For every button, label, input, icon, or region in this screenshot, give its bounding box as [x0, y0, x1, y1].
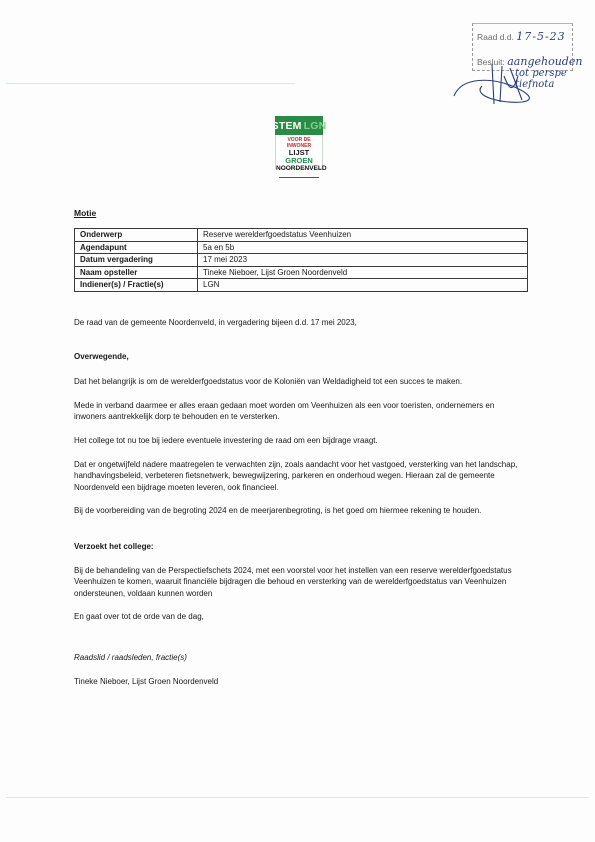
logo-name-noordenveld: NOORDENVELD [276, 165, 322, 172]
scan-artifact-line [6, 83, 295, 84]
consideration-item: Dat er ongetwijfeld nadere maatregelen t… [74, 459, 540, 493]
logo-stem-text: STEM [272, 120, 302, 132]
logo-lower: VOOR DE INWONER LIJST GROEN NOORDENVELD [275, 135, 323, 169]
meta-label: Datum vergadering [75, 254, 198, 267]
intro-text: De raad van de gemeente Noordenveld, in … [74, 317, 544, 328]
consideration-item: Dat het belangrijk is om de werelderfgoe… [74, 376, 544, 387]
signature-scribble [452, 56, 562, 106]
logo-lgn-text: LGN [304, 120, 327, 132]
stamp-raad-row: Raad d.d. 17-5-23 [477, 30, 566, 43]
meta-value: LGN [198, 279, 528, 292]
meta-value: Tineke Nieboer, Lijst Groen Noordenveld [198, 266, 528, 279]
meta-label: Agendapunt [75, 241, 198, 254]
meta-label: Naam opsteller [75, 266, 198, 279]
meta-value: 17 mei 2023 [198, 254, 528, 267]
logo-underline [279, 177, 319, 178]
logo-top-band: STEM LGN [275, 116, 323, 135]
consideration-item: Mede in verband daarmee er alles eraan g… [74, 400, 504, 423]
request-body: Bij de behandeling van de Perspectiefsch… [74, 565, 522, 599]
stamp-raad-date: 17-5-23 [516, 30, 565, 43]
document-title: Motie [74, 208, 96, 218]
meta-row: Naam opstellerTineke Nieboer, Lijst Groe… [75, 266, 528, 279]
party-logo: STEM LGN VOOR DE INWONER LIJST GROEN NOO… [275, 116, 323, 174]
consideration-item: Bij de voorbereiding van de begroting 20… [74, 505, 519, 516]
meta-value: Reserve werelderfgoedstatus Veenhuizen [198, 229, 528, 242]
consideration-item: Het college tot nu toe bij iedere eventu… [74, 435, 544, 446]
considering-heading: Overwegende, [74, 351, 544, 362]
signature-label: Raadslid / raadsleden, fractie(s) [74, 652, 544, 663]
meta-row: OnderwerpReserve werelderfgoedstatus Vee… [75, 229, 528, 242]
meta-label: Onderwerp [75, 229, 198, 242]
meta-value: 5a en 5b [198, 241, 528, 254]
meta-row: Indiener(s) / Fractie(s)LGN [75, 279, 528, 292]
meta-label: Indiener(s) / Fractie(s) [75, 279, 198, 292]
request-heading: Verzoekt het college: [74, 541, 544, 552]
closing-text: En gaat over tot de orde van de dag, [74, 611, 544, 622]
logo-name-line: LIJST GROEN [276, 149, 322, 165]
stamp-raad-label: Raad d.d. [477, 32, 514, 42]
signatory-name: Tineke Nieboer, Lijst Groen Noordenveld [74, 676, 544, 687]
scan-artifact-line [6, 797, 589, 798]
meta-row: Agendapunt5a en 5b [75, 241, 528, 254]
motion-meta-table: OnderwerpReserve werelderfgoedstatus Vee… [74, 228, 528, 292]
logo-name-groen: GROEN [285, 156, 313, 165]
meta-row: Datum vergadering17 mei 2023 [75, 254, 528, 267]
